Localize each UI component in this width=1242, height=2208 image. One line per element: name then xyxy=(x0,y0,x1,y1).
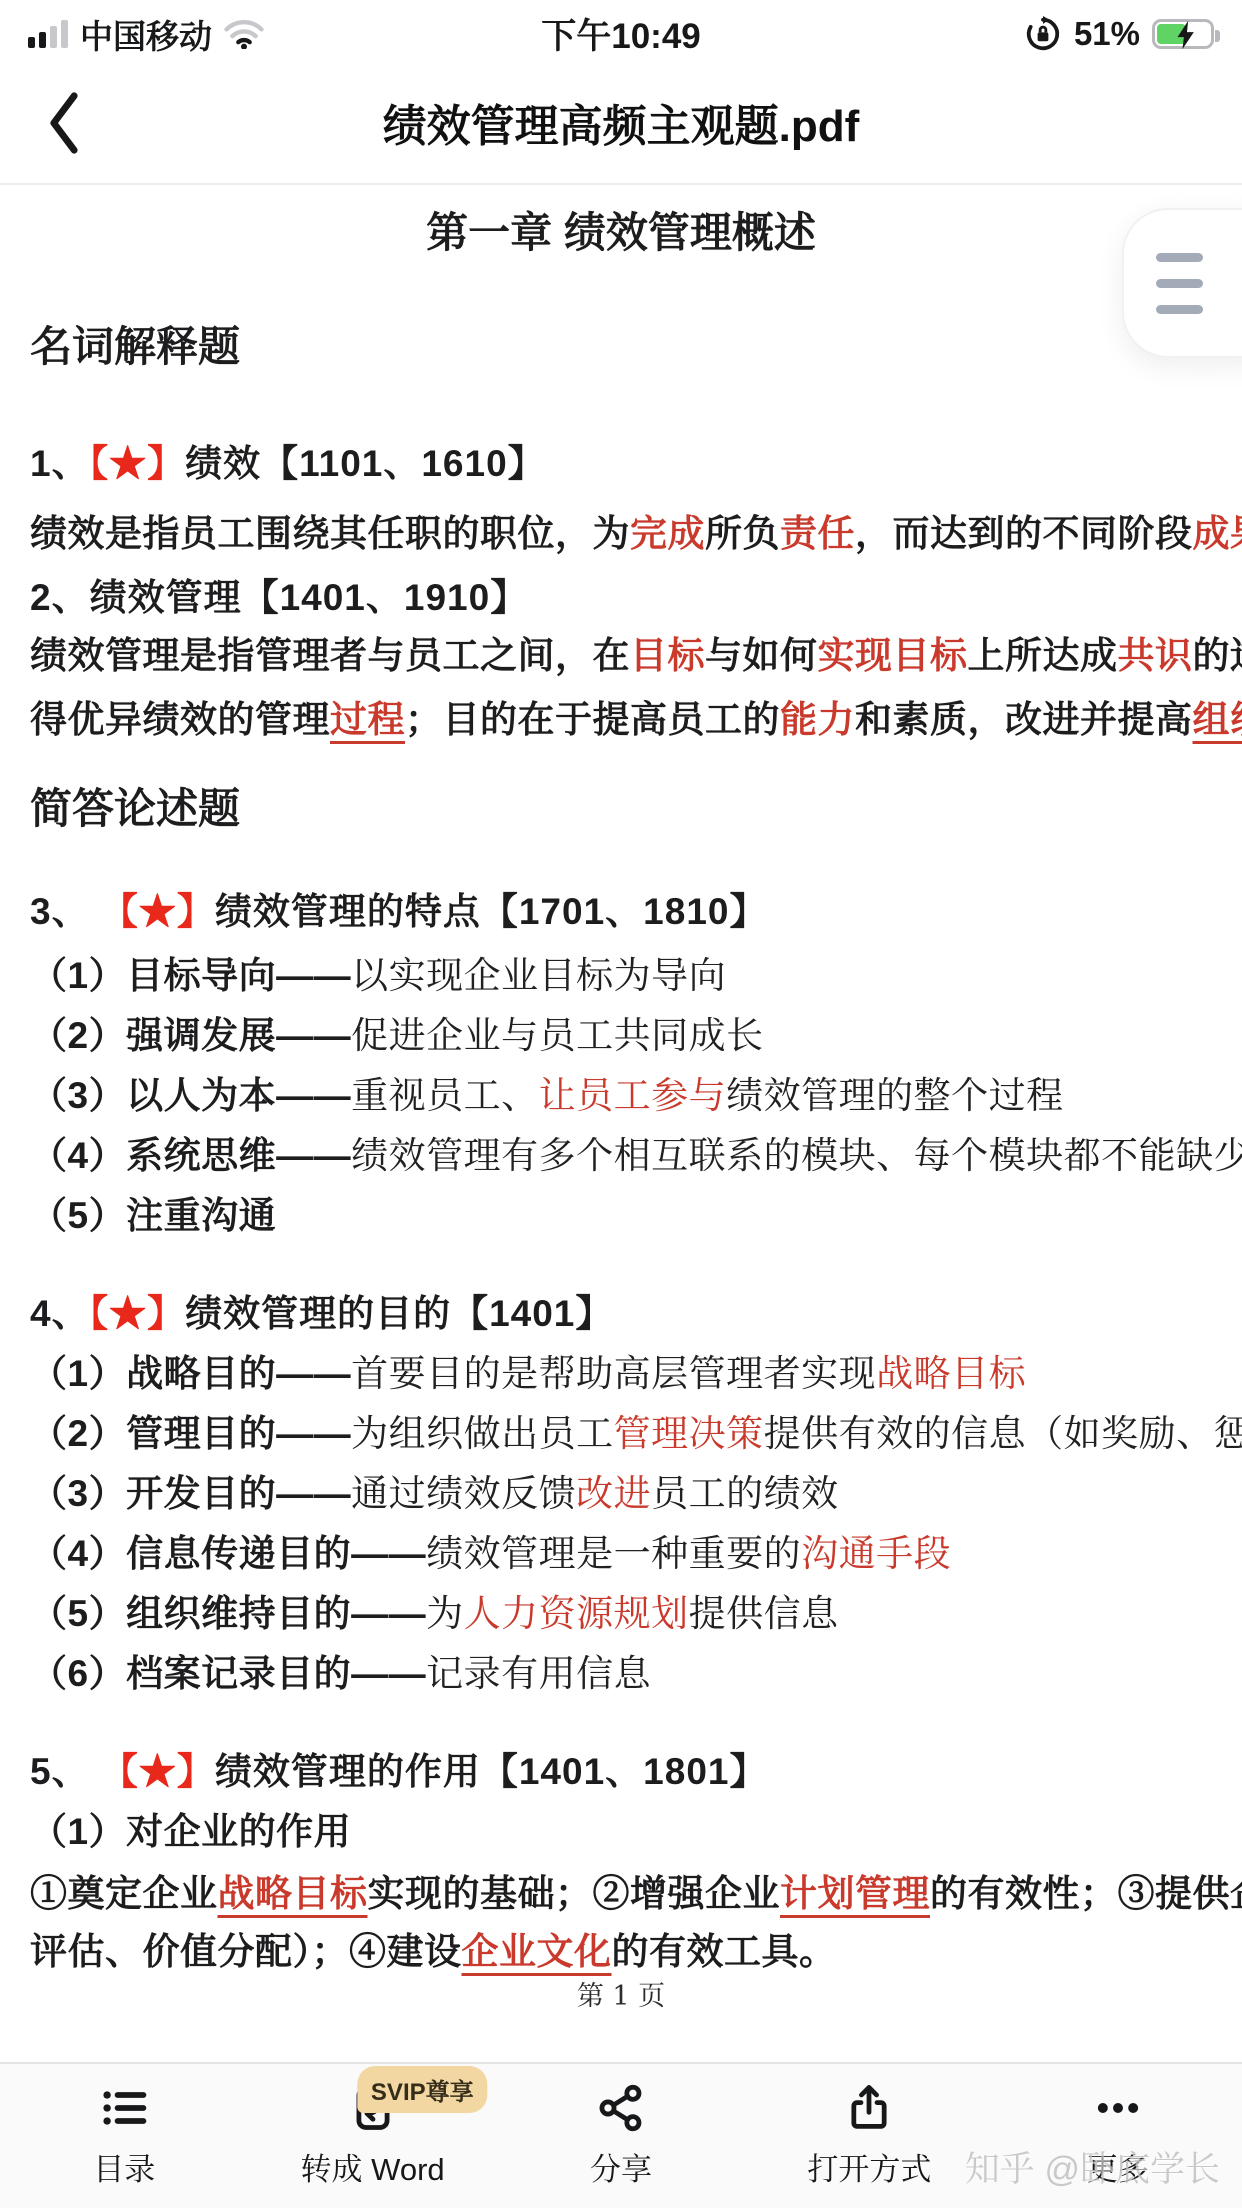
toc-list-icon xyxy=(98,2080,150,2136)
doc-block-item: （2）管理目的——为组织做出员工管理决策提供有效的信息（如奖励、惩罚） xyxy=(30,1409,1212,1459)
doc-block-item: （5）组织维持目的——为人力资源规划提供信息 xyxy=(30,1589,1212,1639)
toolbar-item-convert-word[interactable]: SVIP尊享 转成 Word xyxy=(248,2064,496,2208)
page-title: 绩效管理高频主观题.pdf xyxy=(383,90,860,154)
chevron-left-icon xyxy=(47,92,81,154)
toolbar-item-open-with[interactable]: 打开方式 xyxy=(745,2064,993,2208)
open-with-share-icon xyxy=(843,2080,895,2136)
doc-block-item: （1）战略目的——首要目的是帮助高层管理者实现战略目标 xyxy=(30,1349,1212,1399)
doc-block-section: 名词解释题 xyxy=(30,319,1212,375)
doc-block-item: （3）开发目的——通过绩效反馈改进员工的绩效 xyxy=(30,1469,1212,1519)
toolbar-label: 打开方式 xyxy=(807,2144,931,2189)
doc-block-section: 简答论述题 xyxy=(30,781,1212,837)
doc-block-item: （6）档案记录目的——记录有用信息 xyxy=(30,1649,1212,1699)
doc-block-qheader: 1、【★】绩效【1101、1610】 xyxy=(30,439,1212,489)
doc-block-para: 评估、价值分配）；④建设企业文化的有效工具。 xyxy=(30,1927,1212,1977)
doc-block-chapter: 第一章 绩效管理概述 xyxy=(30,207,1212,259)
doc-block-item: （1）目标导向——以实现企业目标为导向 xyxy=(30,951,1212,1001)
doc-block-para: 绩效管理是指管理者与员工之间，在目标与如何实现目标上所达成共识的过程；以及促进员… xyxy=(30,631,1212,681)
back-button[interactable] xyxy=(34,88,94,158)
nav-bar: 绩效管理高频主观题.pdf xyxy=(0,60,1242,185)
toolbar-label: 目录 xyxy=(93,2144,155,2189)
clock-label: 下午10:49 xyxy=(0,9,1242,59)
doc-block-item: （4）系统思维——绩效管理有多个相互联系的模块、每个模块都不能缺少 xyxy=(30,1131,1212,1181)
doc-block-para: ①奠定企业战略目标实现的基础；②增强企业计划管理的有效性；③提供企业价值创造循环… xyxy=(30,1869,1212,1919)
doc-block-item: （1）对企业的作用 xyxy=(30,1807,1212,1857)
doc-block-para: 得优异绩效的管理过程；目的在于提高员工的能力和素质，改进并提高组织绩效水平。 xyxy=(30,695,1212,745)
doc-block-qheader: 4、【★】绩效管理的目的【1401】 xyxy=(30,1289,1212,1339)
doc-block-qheader: 3、 【★】绩效管理的特点【1701、1810】 xyxy=(30,887,1212,937)
doc-block-pagenum: 第 1 页 xyxy=(30,1981,1212,2013)
hamburger-icon xyxy=(1156,253,1203,262)
screen: { "status_bar": { "carrier": "中国移动", "ti… xyxy=(0,0,1242,2208)
svip-badge: SVIP尊享 xyxy=(357,2066,488,2113)
charging-bolt-icon xyxy=(1169,18,1203,52)
document-body: 第一章 绩效管理概述名词解释题1、【★】绩效【1101、1610】绩效是指员工围… xyxy=(0,185,1242,2062)
doc-block-item: （3）以人为本——重视员工、让员工参与绩效管理的整个过程 xyxy=(30,1071,1212,1121)
toolbar-item-share[interactable]: 分享 xyxy=(497,2064,745,2208)
doc-block-qheader: 2、绩效管理【1401、1910】 xyxy=(30,573,1212,623)
floating-menu-button[interactable] xyxy=(1122,208,1242,358)
share-nodes-icon xyxy=(595,2080,647,2136)
watermark: 知乎 @卧底学长 xyxy=(965,2142,1220,2192)
doc-block-item: （2）强调发展——促进企业与员工共同成长 xyxy=(30,1011,1212,1061)
battery-icon xyxy=(1152,19,1214,49)
doc-block-qheader: 5、 【★】绩效管理的作用【1401、1801】 xyxy=(30,1747,1212,1797)
toolbar-label: 分享 xyxy=(590,2144,652,2189)
status-bar: 中国移动 下午10:49 51% xyxy=(0,0,1242,60)
doc-block-para: 绩效是指员工围绕其任职的职位，为完成所负责任，而达到的不同阶段成果，以及在实现过… xyxy=(30,509,1212,559)
toolbar-label: 转成 Word xyxy=(301,2144,445,2189)
toolbar-item-toc[interactable]: 目录 xyxy=(0,2064,248,2208)
doc-block-item: （5）注重沟通 xyxy=(30,1191,1212,1241)
more-dots-icon xyxy=(1092,2080,1144,2136)
doc-block-item: （4）信息传递目的——绩效管理是一种重要的沟通手段 xyxy=(30,1529,1212,1579)
